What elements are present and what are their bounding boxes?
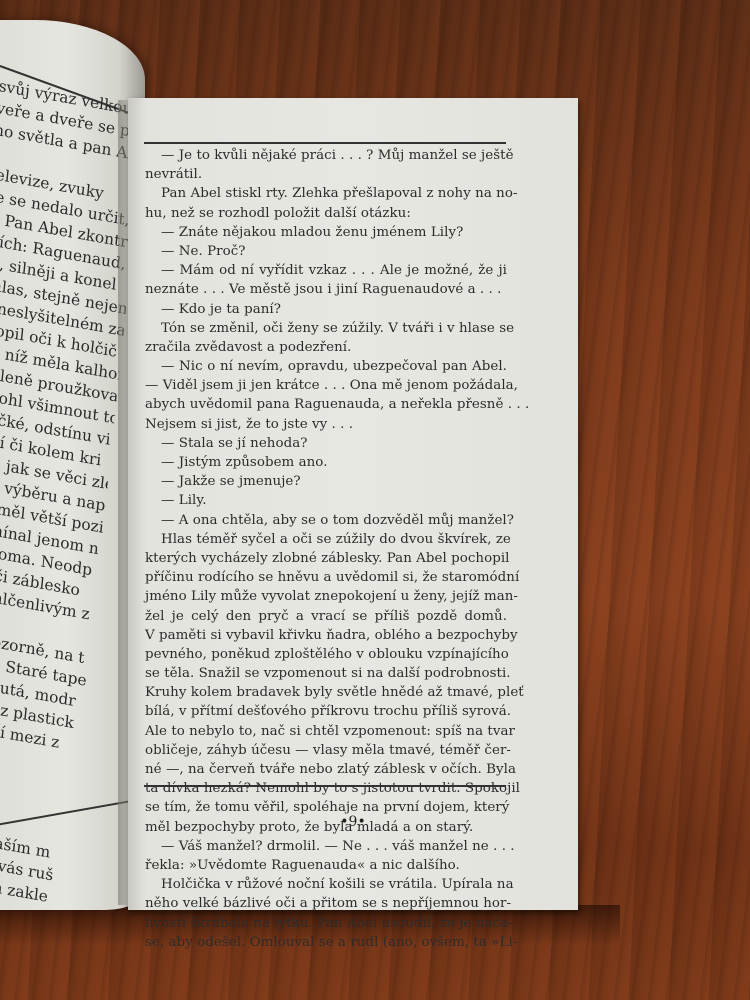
text-line: Ale to nebylo to, nač si chtěl vzpomenou… <box>145 722 507 741</box>
text-line: — Kdo je ta paní? <box>145 300 507 319</box>
text-line: — Ne. Proč? <box>145 242 507 261</box>
text-line: žel je celý den pryč a vrací se příliš p… <box>145 607 507 626</box>
text-line: — Mám od ní vyřídit vzkaz . . . Ale je m… <box>145 261 507 280</box>
text-line: Kruhy kolem bradavek byly světle hnědé a… <box>145 683 507 702</box>
text-line: zračila zvědavost a podezření. <box>145 338 507 357</box>
text-line: jméno Lily může vyvolat znepokojení u že… <box>145 587 507 606</box>
page-number: •9• <box>128 814 578 830</box>
text-line: abych uvědomil pana Raguenauda, a neřekl… <box>145 395 507 414</box>
text-line: něho velké bázlivé oči a přitom se s nep… <box>145 894 507 913</box>
right-page-bottom-rule <box>144 785 506 787</box>
text-line: řekla: »Uvědomte Raguenauda« a nic další… <box>145 856 507 875</box>
text-line: — Lily. <box>145 491 507 510</box>
text-line: — Je to kvůli nějaké práci . . . ? Můj m… <box>145 146 507 165</box>
text-line: Holčička v růžové noční košili se vrátil… <box>145 875 507 894</box>
text-line: kterých vycházely zlobné záblesky. Pan A… <box>145 549 507 568</box>
text-line: nevrátil. <box>145 165 507 184</box>
text-line: — Stala se jí nehoda? <box>145 434 507 453</box>
text-line: — A ona chtěla, aby se o tom dozvěděl mů… <box>145 511 507 530</box>
text-line: Pan Abel stiskl rty. Zlehka přešlapoval … <box>145 184 507 203</box>
text-line: — Jistým způsobem ano. <box>145 453 507 472</box>
text-line: hu, než se rozhodl položit další otázku: <box>145 204 507 223</box>
right-page-text: — Je to kvůli nějaké práci . . . ? Můj m… <box>145 146 507 952</box>
text-line: se, aby odešel. Omlouval se a rudl (ano,… <box>145 933 507 952</box>
text-line: — Viděl jsem ji jen krátce . . . Ona mě … <box>145 376 507 395</box>
right-page-top-rule <box>144 142 506 144</box>
text-line: né —, na červeň tváře nebo zlatý záblesk… <box>145 760 507 779</box>
text-line: ta dívka hezká? Nemohl by to s jistotou … <box>145 779 507 798</box>
text-line: pevného, poněkud zploštělého v oblouku v… <box>145 645 507 664</box>
text-line: Nejsem si jist, že to jste vy . . . <box>145 415 507 434</box>
text-line: — Jakže se jmenuje? <box>145 472 507 491</box>
text-line: Tón se změnil, oči ženy se zúžily. V tvá… <box>145 319 507 338</box>
text-line: — Nic o ní nevím, opravdu, ubezpečoval p… <box>145 357 507 376</box>
right-page: — Je to kvůli nějaké práci . . . ? Můj m… <box>128 98 578 910</box>
text-line: neznáte . . . Ve městě jsou i jiní Rague… <box>145 280 507 299</box>
text-line: V paměti si vybavil křivku ňadra, oblého… <box>145 626 507 645</box>
text-line: obličeje, záhyb účesu — vlasy měla tmavé… <box>145 741 507 760</box>
text-line: livostí škrábala na lýtku. Pan Abel usou… <box>145 914 507 933</box>
text-line: — Znáte nějakou mladou ženu jménem Lily? <box>145 223 507 242</box>
text-line: — Váš manžel? drmolil. — Ne . . . váš ma… <box>145 837 507 856</box>
text-line: Hlas téměř syčel a oči se zúžily do dvou… <box>145 530 507 549</box>
text-line: se těla. Snažil se vzpomenout si na dalš… <box>145 664 507 683</box>
text-line: příčinu rodícího se hněvu a uvědomil si,… <box>145 568 507 587</box>
text-line: bílá, v přítmí dešťového příkrovu trochu… <box>145 702 507 721</box>
